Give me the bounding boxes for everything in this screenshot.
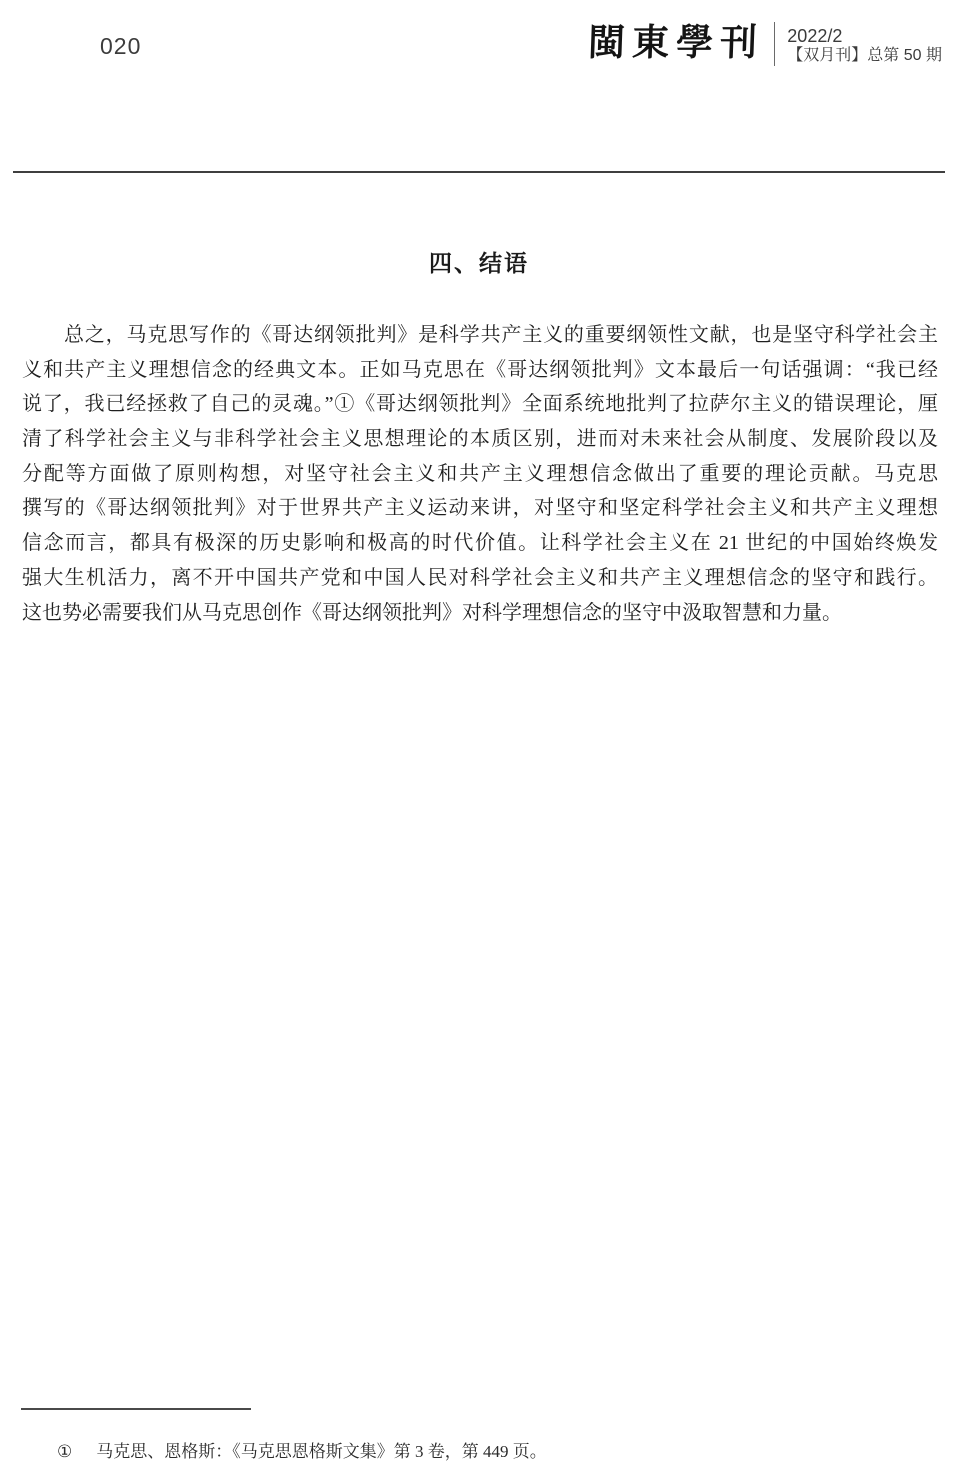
footnote-separator-rule	[21, 1408, 251, 1410]
footnote: ①马克思、恩格斯：《马克思恩格斯文集》第 3 卷，第 449 页。	[57, 1437, 547, 1462]
page-number: 020	[100, 33, 141, 60]
paragraph-line: 分配等方面做了原则构想，对坚守社会主义和共产主义理想信念做出了重要的理论贡献。马…	[22, 457, 938, 492]
paragraph-line: 说了，我已经拯救了自己的灵魂。”①《哥达纲领批判》全面系统地批判了拉萨尔主义的错…	[22, 387, 938, 422]
paragraph-line: 义和共产主义理想信念的经典文本。正如马克思在《哥达纲领批判》文本最后一句话强调：…	[22, 353, 938, 388]
paragraph-line: 信念而言，都具有极深的历史影响和极高的时代价值。让科学社会主义在 21 世纪的中…	[22, 526, 938, 561]
journal-masthead: 閩東學刊 2022/2 【双月刊】总第 50 期	[588, 20, 942, 68]
paragraph-line: 撰写的《哥达纲领批判》对于世界共产主义运动来讲，对坚守和坚定科学社会主义和共产主…	[22, 491, 938, 526]
header-rule	[13, 171, 945, 173]
paragraph-line: 总之，马克思写作的《哥达纲领批判》是科学共产主义的重要纲领性文献，也是坚守科学社…	[22, 318, 938, 353]
footnote-marker: ①	[57, 1442, 72, 1461]
issue-number: 【双月刊】总第 50 期	[787, 46, 942, 65]
masthead-divider	[774, 22, 775, 66]
issue-info: 2022/2 【双月刊】总第 50 期	[787, 24, 942, 65]
paragraph-line: 强大生机活力，离不开中国共产党和中国人民对科学社会主义和共产主义理想信念的坚守和…	[22, 561, 938, 596]
paragraph-line: 清了科学社会主义与非科学社会主义思想理论的本质区别，进而对未来社会从制度、发展阶…	[22, 422, 938, 457]
journal-page: 020 閩東學刊 2022/2 【双月刊】总第 50 期 四、结语 总之，马克思…	[0, 0, 958, 1476]
issue-date: 2022/2	[787, 26, 942, 46]
footnote-text: 马克思、恩格斯：《马克思恩格斯文集》第 3 卷，第 449 页。	[96, 1442, 547, 1461]
section-heading: 四、结语	[0, 245, 958, 278]
paragraph-line: 这也势必需要我们从马克思创作《哥达纲领批判》对科学理想信念的坚守中汲取智慧和力量…	[22, 596, 938, 631]
journal-title-calligraphy: 閩東學刊	[587, 20, 765, 68]
body-paragraph: 总之，马克思写作的《哥达纲领批判》是科学共产主义的重要纲领性文献，也是坚守科学社…	[22, 318, 938, 630]
